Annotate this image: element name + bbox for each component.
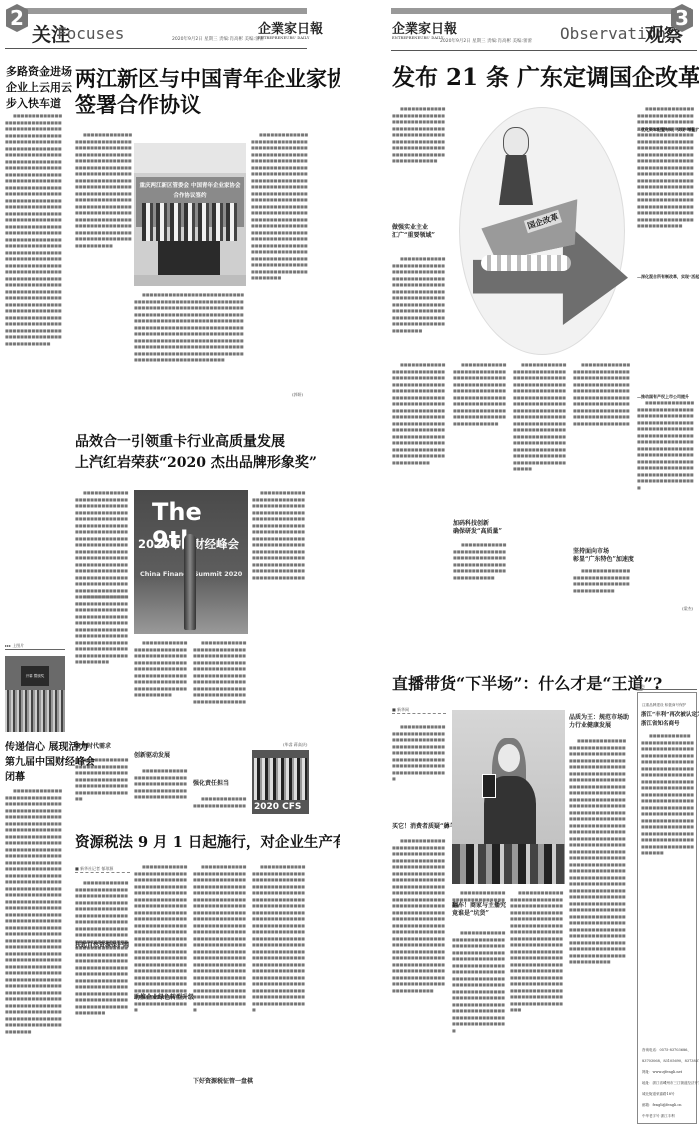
article2-col4: ■■■■■■■■■■■■■■■■■■■■■■■■■■■■■■■■■■■■■■■■… (569, 738, 627, 1122)
article3-col1: ■■■■■■■■■■■■■■■■■■■■■■■■■■■■■■■■■■■■■■■■… (75, 880, 130, 1120)
desk-products (452, 844, 565, 884)
sidebar-summit-photo: 开幕 暨颁奖 (5, 656, 65, 732)
article1-col-right: ■■■■■■■■■■■■■■■■■■■■■■■■■■■■■■■■■■■■■■■■… (637, 106, 695, 396)
page-number-badge: 3 (671, 4, 693, 32)
article1-col-right: ■■■■■■■■■■■■■■■■■■■■■■■■■■■■■■■■■■■■■■■■… (251, 132, 309, 390)
article1-col1b: ■■■■■■■■■■■■■■■■■■■■■■■■■■■■■■■■■■■■■■■■… (392, 362, 448, 610)
dateline: 2020年9月2日 星期三 责编:肖高彬 美编:蕾蕾 (440, 38, 532, 44)
cfs-logo-text: 2020 CFS (254, 802, 301, 812)
article1-col-bottom: ■■■■■■■■■■■■■■■■■■■■■■■■■■■■■■■■■■■■■■■■… (134, 292, 246, 399)
article3-subhead-3: 下好资源税征管一盘棋 (193, 1078, 253, 1086)
masthead-title: 企業家日報 (258, 22, 323, 37)
article2-col3: ■■■■■■■■■■■■■■■■■■■■■■■■■■■■■■■■■■■■■■■■… (510, 890, 566, 1122)
side-headline: 多路资金进场 企业上云用云 步入快车道 (6, 64, 72, 112)
article2-col1b: ■■■■■■■■■■■■■■■■■■■■■■■■■■■■■■■■■■■■■■■■… (392, 838, 446, 1122)
article2-subhead-3: 强化责任担当 (193, 780, 229, 788)
sidebar-text: ■■■■■■■■■■■■■■■■■■■■■■■■■■■■■■■■■■■■■■■■… (5, 788, 63, 1122)
ad-box: 注重品牌建设 积极商号保护 浙江“丰利”再次被认定为 浙江省知名商号 ■■■■■… (637, 692, 697, 1124)
article1-col4b: ■■■■■■■■■■■■■■■■■■■■■■■■■■■■■■■■■■■■■■■■… (573, 568, 631, 612)
article1-signing-photo: 重庆两江新区管委会 中国青年企业家协会 合作协议签约 (134, 143, 246, 286)
sidebar-headline: 传递信心 展现活力 第九届中国财经峰会 闭幕 (5, 740, 95, 785)
dateline: 2020年9月2日 星期三 责编:肖高彬 美编:蕾蕾 (172, 36, 264, 42)
article1-col2: ■■■■■■■■■■■■■■■■■■■■■■■■■■■■■■■■■■■■■■■■… (453, 362, 509, 482)
ad-address: 地址：浙江省嵊州市三江街道经济开发区 (642, 1078, 699, 1089)
ad-brand: 中华老字号 浙江丰利 (642, 1111, 699, 1122)
article1-subhead-2: 加码科技创新 确保研发“高质量” (453, 520, 502, 536)
header-rule (5, 48, 307, 49)
ad-kicker: 注重品牌建设 积极商号保护 (642, 703, 686, 708)
article2-headline: 直播带货“下半场”：什么才是“王道”? (392, 675, 662, 694)
article1-headline: 两江新区与中国青年企业家协会 签署合作协议 (75, 66, 369, 118)
article1-lead-text: ■■■■■■■■■■■■■■■■■■■■■■■■■■■■■■■■■■■■■■■■… (392, 106, 448, 218)
page-number-badge: 2 (6, 4, 28, 32)
article3-subhead-1: 扶起自然资源保护网 (75, 942, 129, 950)
ad-website: 网址：www.zjfengli.net (642, 1067, 699, 1078)
article1-lead-quote-1: —优化资本配置布局，实现“增量扩” (637, 126, 699, 134)
article1-col1: ■■■■■■■■■■■■■■■■■■■■■■■■■■■■■■■■■■■■■■■■… (75, 132, 133, 390)
article1-headline: 发布 21 条 广东定调国企改革“往哪走” (392, 64, 699, 91)
article1-subhead-1: 做强实业主业 汇广“重要领域” (392, 224, 435, 240)
article3-col4: ■■■■■■■■■■■■■■■■■■■■■■■■■■■■■■■■■■■■■■■■… (252, 864, 308, 1120)
ad-phone: 咨询电话：0575-83703686、 (642, 1045, 699, 1056)
product-box (482, 774, 496, 798)
ad-contact: 咨询电话：0575-83703686、 83703068、83105690、83… (642, 1045, 699, 1122)
article2-subhead-3: 翻车！商家与主播究竟谁是“坑货” (452, 902, 508, 918)
masthead-title: 企業家日報 (392, 22, 457, 37)
article1-signoff: (郭妍) (292, 392, 303, 398)
top-bar (391, 8, 691, 14)
article2-col2b: ■■■■■■■■■■■■■■■■■■■■■■■■■■■■■■■■■■■■■■■■… (134, 640, 189, 740)
article2-signoff: (毕睿 蒋高庆) (283, 742, 307, 748)
ad-body-text: ■■■■■■■■■■■■■■■■■■■■■■■■■■■■■■■■■■■■■■■■… (641, 733, 694, 1033)
article3-col2: ■■■■■■■■■■■■■■■■■■■■■■■■■■■■■■■■■■■■■■■■… (134, 864, 189, 1120)
article2-byline: ■ 新华网 (392, 707, 446, 714)
article1-signoff: (梁杰) (682, 606, 693, 612)
article2-subhead-2: 创新驱动发展 (134, 752, 170, 760)
masthead: 企業家日報 ENTREPRENEURS' DAILY (258, 24, 323, 41)
reform-ship-illustration: 国企改革 (453, 105, 631, 357)
article2-headline: 品效合一引领重卡行业高质量发展 上汽红岩荣获“2020 杰出品牌形象奖” (75, 432, 317, 474)
ad-headline: 浙江“丰利”再次被认定为 浙江省知名商号 (641, 711, 699, 729)
article2-award-photo: The 9th 2020中国财经峰会 China Finance Summit … (134, 490, 248, 634)
article2-col2c: ■■■■■■■■■■■■■■■■■■■■■■■■■■■■■■■■■■■■■■■■… (452, 930, 506, 1122)
right-page: 企業家日報 ENTREPRENEURS' DAILY 2020年9月2日 星期三… (355, 0, 699, 1126)
article3-byline: ■ 新华社记者 郁琼源 (75, 866, 130, 873)
header-rule (391, 50, 697, 51)
sidebar-kicker: ▸▸▸ 上图片 (5, 643, 65, 650)
article3-subhead-2: 助推企业绿色转型升级 (134, 994, 194, 1002)
stage-screen: 开幕 暨颁奖 (21, 666, 49, 686)
livestream-photo (452, 710, 565, 884)
article2-sub3-text: ■■■■■■■■■■■■■■■■■■■■■■■■■■ (193, 796, 248, 814)
left-page: 2 关注 Focuses 2020年9月2日 星期三 责编:肖高彬 美编:蕾蕾 … (0, 0, 340, 1126)
article1-col5: ■■■■■■■■■■■■■■■■■■■■■■■■■■■■■■■■■■■■■■■■… (637, 400, 695, 612)
section-title-en: Focuses (57, 24, 124, 43)
page-gutter (340, 0, 355, 1126)
article1-col4: ■■■■■■■■■■■■■■■■■■■■■■■■■■■■■■■■■■■■■■■■… (573, 362, 631, 502)
article2-col3: ■■■■■■■■■■■■■■■■■■■■■■■■■■■■■■■■■■■■■■■■… (252, 490, 308, 630)
side-story-text: ■■■■■■■■■■■■■■■■■■■■■■■■■■■■■■■■■■■■■■■■… (5, 113, 63, 533)
ad-tag: 广告 (637, 684, 697, 690)
trophy (184, 534, 196, 630)
article1-lead-quote-2: —深化混合所有制改革，实现“活起来” (637, 273, 699, 281)
man-figure (503, 127, 529, 157)
article1-col3: ■■■■■■■■■■■■■■■■■■■■■■■■■■■■■■■■■■■■■■■■… (513, 362, 569, 612)
article2-col1: ■■■■■■■■■■■■■■■■■■■■■■■■■■■■■■■■■■■■■■■■… (392, 724, 446, 812)
article2-col1b: ■■■■■■■■■■■■■■■■■■■■■■■■■■■■■■■■■■■■■■■■… (75, 594, 130, 720)
ad-email: 邮箱：fengli@fengli.cn (642, 1100, 699, 1111)
article2-event-photo: 2020 CFS (252, 750, 309, 814)
article2-col3b: ■■■■■■■■■■■■■■■■■■■■■■■■■■■■■■■■■■■■■■■■… (193, 640, 248, 772)
article2-subhead-2: 品质为王：规范市场助力行业健康发展 (569, 714, 629, 730)
top-bar (14, 8, 307, 14)
article1-col2b: ■■■■■■■■■■■■■■■■■■■■■■■■■■■■■■■■■■■■■■■■… (453, 542, 509, 612)
article1-subhead-3: 坚持面向市场 彰显“广东特色”加速度 (573, 548, 634, 564)
article2-sub2-text: ■■■■■■■■■■■■■■■■■■■■■■■■■■■■■■■■■■■■■■■■… (134, 768, 189, 813)
